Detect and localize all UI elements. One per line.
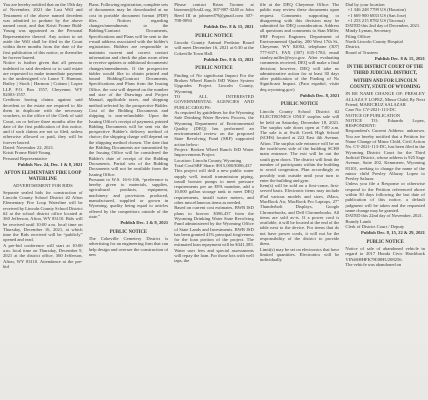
notice-paragraph: Finding of No significant Impact For the…: [174, 73, 254, 94]
notice-paragraph: This project will drill a new public wat…: [174, 168, 254, 205]
columns: You are hereby notified that on the 19th…: [3, 2, 425, 398]
newspaper-column: Plans. Following registration, complete …: [89, 2, 169, 398]
notice-paragraph: IN RE NAME CHANGE OF: PRESLEY ALLAZA Y L…: [345, 91, 425, 107]
notice-paragraph: Creditors having claims against said dec…: [3, 97, 83, 145]
newspaper-column: Dial by your location +1 346 248 7799 US…: [345, 2, 425, 398]
newspaper-column: You are hereby notified that on the 19th…: [3, 2, 83, 398]
newspaper-column: Please contact Brian Toomer at btoomer@l…: [174, 2, 254, 398]
notice-paragraph: A pre-bid conference will start at 10:00…: [3, 243, 83, 269]
notice-paragraph: The Cokeville Cemetery District is adver…: [89, 236, 169, 257]
notice-paragraph: TO ALL INTERESTED GOVERNMENTAL AGENCIES …: [174, 94, 254, 110]
publish-line: Publish Dec. 8 & 15, 2021: [345, 56, 425, 61]
notice-paragraph: Notice is further given that all persons…: [3, 60, 83, 97]
notice-heading: PUBLIC NOTICE: [345, 240, 425, 246]
notice-paragraph: Separate sealed bids for construction of…: [3, 190, 83, 243]
notice-paragraph: NOTICE TO: Eduardo Lopez, RESPONDENT:: [345, 118, 425, 129]
publish-line: Publish Dec. 8 & 15, 2021: [174, 24, 254, 29]
signature-lines: Dial by your location +1 346 248 7799 US…: [345, 2, 425, 23]
publish-line: Publish Dec. 8, 15, 22 & 29, 2021: [345, 230, 425, 235]
notice-paragraph: Project: Broken Wheel Ranch ISD Water Im…: [174, 147, 254, 158]
notice-heading: AFTON ELEMENTARY FIRE LOOP WATERLINE: [3, 171, 83, 182]
notice-paragraph: Unless you file a Response or otherwise …: [345, 181, 425, 213]
notice-subheading: ADVERTISEMENT FOR BIDS: [3, 183, 83, 188]
notice-heading: IN THE DISTRICT COURT OF THE THIRD JUDIC…: [345, 65, 425, 76]
newspaper-page: You are hereby notified that on the 19th…: [0, 0, 428, 400]
notice-heading: WITHIN AND FOR LINCOLN COUNTY, STATE OF …: [345, 79, 425, 90]
notice-paragraph: DATED this 22nd day of November, 2021.: [345, 213, 425, 218]
signature-lines: Dated: November 22, 2021.Kristi Frome Bi…: [3, 145, 83, 161]
notice-paragraph: Respondent's Current Address: unknown. Y…: [345, 128, 425, 181]
notice-paragraph: Lincoln County School District #2 ELECTR…: [260, 109, 340, 183]
notice-paragraph: Please contact Brian Toomer at btoomer@l…: [174, 2, 254, 23]
notice-paragraph: file at the DEQ Cheyenne Office. The pub…: [260, 2, 340, 92]
notice-heading: PUBLIC NOTICE: [174, 34, 254, 40]
notice-paragraph: The vehicle was abandoned on: [345, 262, 425, 267]
publish-line: Publish Nov. 24, Dec. 1 & 8, 2021: [3, 162, 83, 167]
signature-line: Personal Representative: [3, 156, 83, 161]
notice-paragraph: Notice of sale of abandoned vehicle in r…: [345, 246, 425, 262]
notice-paragraph: You are hereby notified that on the 19th…: [3, 2, 83, 60]
publish-line: Publish Dec. 8 & 15, 2021: [174, 57, 254, 62]
notice-heading: PUBLIC NOTICE: [89, 230, 169, 236]
notice-paragraph: As required by guidelines for the Wyomin…: [174, 110, 254, 147]
notice-paragraph: Limit(s) may be set on electronics that …: [260, 247, 340, 263]
notice-paragraph: Plans. Following registration, complete …: [89, 2, 169, 177]
notice-heading: PUBLIC NOTICE: [174, 66, 254, 72]
notice-heading: PUBLIC NOTICE: [260, 102, 340, 108]
publish-line: Publish Dec. 1 & 8, 2021: [89, 220, 169, 225]
signature-lines: Mindy Lyman, SecretaryFiling OfficerNort…: [345, 28, 425, 54]
notice-paragraph: Based on current cost estimates, BWR ISD…: [174, 205, 254, 263]
signature-lines: Brandy LambClerk of District Court / Dep…: [345, 219, 425, 230]
publish-line: Publish Dec. 8, 2021: [260, 93, 340, 98]
notice-paragraph: Pursuant to W.S. 16-6-106, “preference i…: [89, 177, 169, 219]
signature-line: Board of Trustees: [345, 50, 425, 55]
newspaper-column: file at the DEQ Cheyenne Office. The pub…: [260, 2, 340, 398]
notice-paragraph: Item(s) will be sold on a first-come, fi…: [260, 183, 340, 247]
notice-paragraph: Lincoln County Animal Predator Board wil…: [174, 40, 254, 56]
signature-line: Clerk of District Court / Deputy: [345, 224, 425, 229]
